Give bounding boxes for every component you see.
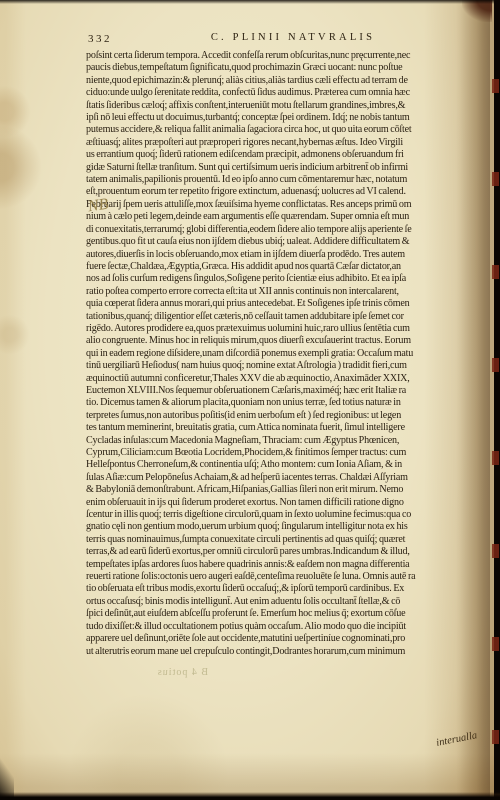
photo-edge-bottom (0, 792, 500, 800)
text-line: eſt,prouentum eorum ter repetito frigore… (86, 186, 489, 198)
text-line: putemus accidere,& reliqua fallit animal… (86, 124, 489, 136)
text-line: tempeſtates ipſas ardores ſuos habere qu… (86, 559, 489, 571)
text-line: Euctemon XLVIII.Nos ſequemur obſeruation… (86, 385, 489, 397)
text-line: poſsint certa ſiderum tempora. Accedit c… (86, 50, 489, 62)
text-line: ſcentur in illis quoq́; terris digeſtion… (86, 509, 489, 521)
text-line: & Babyloniā demonſtrabunt. Africam,Hiſpa… (86, 484, 489, 496)
text-line: nos ad ſolis curſum redigens ſingulos,So… (86, 273, 489, 285)
text-line: us errantium quoq́; ſiderū rationem ediſ… (86, 149, 489, 161)
text-line: alio congruente. Minus hoc in reliquis m… (86, 335, 489, 347)
text-line: rigēdo. Autores prodidere ea,quos prætex… (86, 323, 489, 335)
text-line: æquinoctiū autumni conficeretur,Thales X… (86, 373, 489, 385)
text-line: gnatio cęli non gentium modo,uerum urbiu… (86, 521, 489, 533)
text-line: ſpici deſinūt,aut eiuſdem abſceſſu profe… (86, 608, 489, 620)
text-line: Cyprum,Ciliciam:cum Bœotia Locridem,Phoc… (86, 447, 489, 459)
book-page: 332 C. PLINII NATVRALIS poſsint certa ſi… (0, 0, 494, 797)
text-line: ipſi nō leui effectu ut docuimus,turbant… (86, 112, 489, 124)
text-line: tinū uergiliarū Heſiodus( nam huius quoq… (86, 360, 489, 372)
text-line: autores,diuerſis in locis obſeruando,mox… (86, 249, 489, 261)
text-line: apparere uel deſinunt,oriēte ſole aut oc… (86, 633, 489, 645)
photo-edge-bottom-left (0, 754, 14, 800)
text-line: ciduo:unde uulgo ſerenitate reddita, con… (86, 87, 489, 99)
running-title: C. PLINII NATVRALIS (148, 32, 438, 43)
text-line: nium à cælo peti legem,deinde eam argume… (86, 211, 489, 223)
text-line: qui in eadem regione diſsidere,unam diſc… (86, 348, 489, 360)
text-line: fuere ſectæ,Chaldæa,Ægyptia,Græca. His a… (86, 261, 489, 273)
text-line: tatem animalis,papilionis prouentū. Id e… (86, 174, 489, 186)
text-line: tes tantum meminerint, breuitatis gratia… (86, 422, 489, 434)
text-line: ratio poſtea comperto errore correcta eſ… (86, 286, 489, 298)
text-line: enim obſeruauit in ijs qui ſiderum prode… (86, 497, 489, 509)
text-line: ſulas Aſiæ:cum Pelopōneſus Achaiam,& ad … (86, 472, 489, 484)
text-line: reuerti ratione ſolis:octonis uero auger… (86, 571, 489, 583)
text-line: tio. Dicemus tamen & aliorum placita,quo… (86, 397, 489, 409)
handwritten-nb-marginalia: NB (87, 196, 110, 217)
book-fore-edge (487, 0, 500, 800)
text-line: di conuexitatis,terrarumq́; globi differ… (86, 224, 489, 236)
text-block: poſsint certa ſiderum tempora. Accedit c… (86, 50, 489, 658)
text-line: gentibus.quo fit ut cauſa eius non ijſde… (86, 236, 489, 248)
text-line: Helleſpontus Cherroneſum,& continentia u… (86, 459, 489, 471)
text-line: terpretes ſumus,non autoribus poſitis(id… (86, 410, 489, 422)
page-curl-shadow (456, 0, 490, 800)
text-line: terris quas nominauimus,ſumpta conuexita… (86, 534, 489, 546)
text-line: gidæ Saturni ſtellæ tranſitum. Sunt qui … (86, 162, 489, 174)
fore-edge-marks (492, 0, 499, 800)
text-line: ut alterutris eorum mane uel crepuſculo … (86, 646, 489, 658)
text-line: ſtatis ſideribus cæloq́; affixis conſten… (86, 100, 489, 112)
text-line: tio obſeruata eſt tribus modis,exortu ſi… (86, 583, 489, 595)
text-line: tationibus,quanq́; diligentior eſſet cæt… (86, 311, 489, 323)
text-line: quia cœperat ſidera annus morari,qui pri… (86, 298, 489, 310)
text-line: æſtiuasq́; alites præpoſteri aut præprop… (86, 137, 489, 149)
text-line: niente,quod epichimazin:& plerunq́; alià… (86, 75, 489, 87)
verso-showthrough-text: B 4 potius (98, 667, 208, 678)
text-line: paucis diebus,tempeſtatum ſignificatu,qu… (86, 62, 489, 74)
text-line: tudo dixiſſet:& illud occultationem poti… (86, 621, 489, 633)
text-line: Februarij ſpem ueris attuliſſe,mox ſæuiſ… (86, 199, 489, 211)
text-line: terras,& ad earū ſiderū exortus,per omni… (86, 546, 489, 558)
photo-edge-top (0, 0, 500, 4)
folio-number: 332 (88, 33, 112, 45)
text-line: Cycladas inſulas:cum Macedonia Magneſiam… (86, 435, 489, 447)
text-line: ortus occaſusq́; binis modis intelligunt… (86, 596, 489, 608)
